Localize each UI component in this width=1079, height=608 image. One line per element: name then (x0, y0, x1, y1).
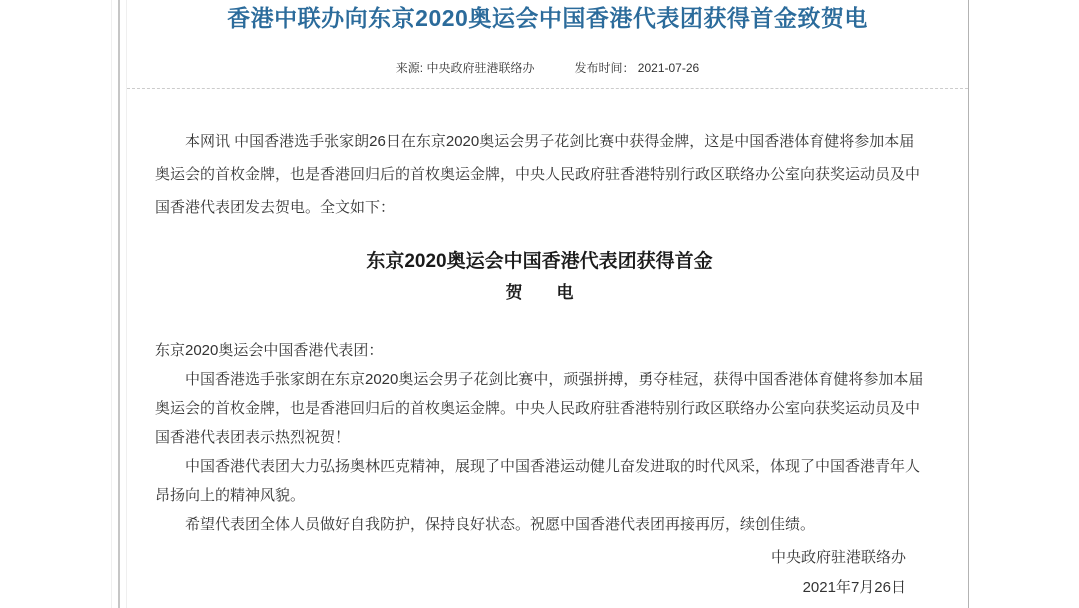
letter-salutation: 东京2020奥运会中国香港代表团： (155, 336, 924, 365)
letter-paragraph-1: 中国香港选手张家朗在东京2020奥运会男子花剑比赛中，顽强拼搏，勇夺桂冠，获得中… (155, 365, 924, 452)
letter-paragraph-3: 希望代表团全体人员做好自我防护，保持良好状态。祝愿中国香港代表团再接再厉，续创佳… (155, 510, 924, 539)
letter-paragraph-2: 中国香港代表团大力弘扬奥林匹克精神，展现了中国香港运动健儿奋发进取的时代风采，体… (155, 452, 924, 510)
letter-subtitle: 贺 电 (155, 280, 924, 306)
meta-source: 来源: 中央政府驻港联络办 (396, 61, 535, 75)
meta-publish-time: 发布时间： 2021-07-26 (574, 61, 699, 75)
vertical-divider-left (111, 0, 127, 608)
article-content: 香港中联办向东京2020奥运会中国香港代表团获得首金致贺电 来源: 中央政府驻港… (127, 0, 968, 608)
letter-date: 2021年7月26日 (155, 575, 924, 601)
article-body: 本网讯 中国香港选手张家朗26日在东京2020奥运会男子花剑比赛中获得金牌，这是… (127, 125, 968, 601)
article-meta: 来源: 中央政府驻港联络办发布时间： 2021-07-26 (127, 60, 968, 76)
letter-body: 东京2020奥运会中国香港代表团： 中国香港选手张家朗在东京2020奥运会男子花… (155, 336, 924, 539)
dashed-divider (127, 88, 968, 89)
page-title: 香港中联办向东京2020奥运会中国香港代表团获得首金致贺电 (127, 4, 968, 32)
letter-signature: 中央政府驻港联络办 (155, 545, 924, 571)
intro-paragraph: 本网讯 中国香港选手张家朗26日在东京2020奥运会男子花剑比赛中获得金牌，这是… (155, 125, 924, 224)
vertical-divider-right (968, 0, 969, 608)
letter-title: 东京2020奥运会中国香港代表团获得首金 (155, 248, 924, 276)
document-page: 香港中联办向东京2020奥运会中国香港代表团获得首金致贺电 来源: 中央政府驻港… (0, 0, 1079, 608)
